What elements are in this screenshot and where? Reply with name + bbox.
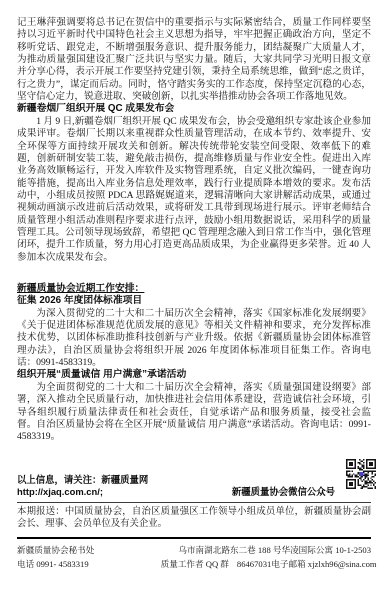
- intro-paragraph: 记王琳萍强调要将总书记在贺信中的重要指示与实际紧密结合，质量工作同样要坚持以习近…: [17, 17, 371, 103]
- section-gap: [17, 264, 371, 283]
- integrity-pledge-body: 为全面贯彻党的二十大和二十届历次全会精神，落实《质量强国建设纲要》部署，深入推动…: [17, 382, 371, 444]
- qc-article-heading: 新疆卷烟厂组织开展 QC 成果发布会: [17, 103, 371, 115]
- wechat-account-label: 新疆质量协会微信公众号: [232, 486, 335, 498]
- office-address: 乌市南湖北路东二巷 188 号华凌国际公寓 10-1-2503: [178, 543, 371, 557]
- contact-block: 新疆质量协会秘书处 乌市南湖北路东二巷 188 号华凌国际公寓 10-1-250…: [17, 539, 371, 571]
- website-link[interactable]: http://xjaq.com.cn/;: [17, 486, 103, 497]
- phone-number: 电话 0991- 4583319: [17, 557, 89, 571]
- standards-project-body: 为深入贯彻党的二十大和二十届历次全会精神，落实《国家标准化发展纲要》《关于促进团…: [17, 308, 371, 370]
- qc-article-body: 1 月 9 日,新疆卷烟厂组织开展 QC 成果发布会，协会受邀组织专家赴该企业参…: [17, 116, 371, 264]
- qq-group-number: 86467031: [237, 559, 271, 569]
- article-content: 记王琳萍强调要将总书记在贺信中的重要指示与实际紧密结合，质量工作同样要坚持以习近…: [17, 17, 371, 444]
- contact-row-1: 新疆质量协会秘书处 乌市南湖北路东二巷 188 号华凌国际公寓 10-1-250…: [17, 543, 371, 557]
- notice-row: 以上信息，请关注：新疆质量网 http://xjaq.com.cn/; 新疆质量…: [17, 474, 371, 503]
- contact-row-2: 电话 0991- 4583319 质量工作者 QQ 群86467031 电子邮箱…: [17, 557, 371, 571]
- qq-group: 质量工作者 QQ 群86467031: [161, 557, 272, 571]
- org-name: 新疆质量协会秘书处: [17, 543, 94, 557]
- footer: 以上信息，请关注：新疆质量网 http://xjaq.com.cn/; 新疆质量…: [17, 474, 371, 571]
- email-address: 电子邮箱 xjzlxh96@sina.com: [271, 557, 376, 571]
- wechat-qr-code: [346, 459, 376, 489]
- standards-project-heading: 征集 2026 年度团体标准项目: [17, 295, 371, 307]
- newsletter-page: 记王琳萍强调要将总书记在贺信中的重要指示与实际紧密结合，质量工作同样要坚持以习近…: [0, 0, 388, 591]
- integrity-pledge-heading: 组织开展“质量诚信 用户满意”承诺活动: [17, 369, 371, 381]
- work-plan-heading: 新疆质量协会近期工作安排：: [17, 283, 371, 295]
- notice-text: 以上信息，请关注：新疆质量网 http://xjaq.com.cn/;: [17, 474, 232, 498]
- distribution-note: 本期报送：中国质量协会，自治区质量强区工作领导小组成员单位，新疆质量协会副会长、…: [17, 506, 371, 537]
